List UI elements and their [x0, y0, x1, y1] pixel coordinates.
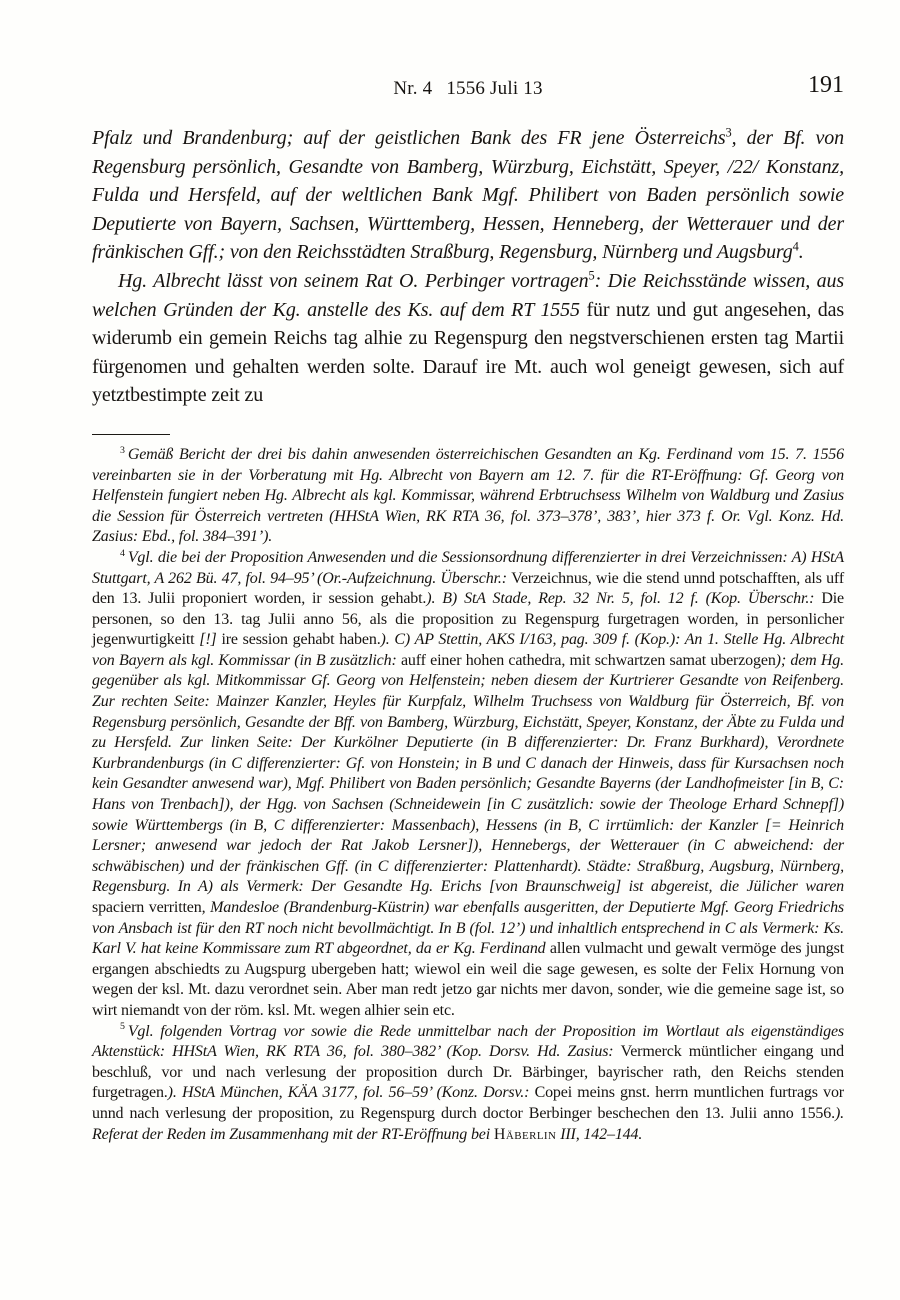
footnote-4-text: Vgl. die bei der Proposition Anwesenden … [92, 549, 844, 1019]
footnote-5-text: Vgl. folgenden Vortrag vor sowie die Red… [92, 1023, 844, 1143]
footnote-4-number: 4 [120, 548, 125, 559]
footnote-3-text: Gemäß Bericht der drei bis dahin anwesen… [92, 446, 844, 545]
running-head: Nr. 41556 Juli 13 191 [92, 78, 844, 124]
footnote-section: 3Gemäß Bericht der drei bis dahin anwese… [92, 445, 844, 1145]
footnote-5: 5Vgl. folgenden Vortrag vor sowie die Re… [92, 1022, 844, 1146]
running-head-title: Nr. 41556 Juli 13 [92, 78, 844, 100]
page-number: 191 [808, 72, 844, 99]
text-block: Nr. 41556 Juli 13 191 Pfalz und Brandenb… [92, 78, 844, 1145]
footnote-4: 4Vgl. die bei der Proposition Anwesenden… [92, 548, 844, 1022]
footnote-3: 3Gemäß Bericht der drei bis dahin anwese… [92, 445, 844, 548]
footnote-5-number: 5 [120, 1021, 125, 1032]
footnote-separator-rule [92, 434, 170, 435]
body-paragraph-2: Hg. Albrecht lässt von seinem Rat O. Per… [92, 267, 844, 410]
main-text: Pfalz und Brandenburg; auf der geistlich… [92, 124, 844, 410]
doc-date-label: 1556 Juli 13 [446, 78, 542, 99]
footnote-3-number: 3 [120, 445, 125, 456]
doc-number-label: Nr. 4 [393, 78, 432, 99]
body-paragraph-1: Pfalz und Brandenburg; auf der geistlich… [92, 124, 844, 267]
document-page: Nr. 41556 Juli 13 191 Pfalz und Brandenb… [0, 0, 900, 1300]
